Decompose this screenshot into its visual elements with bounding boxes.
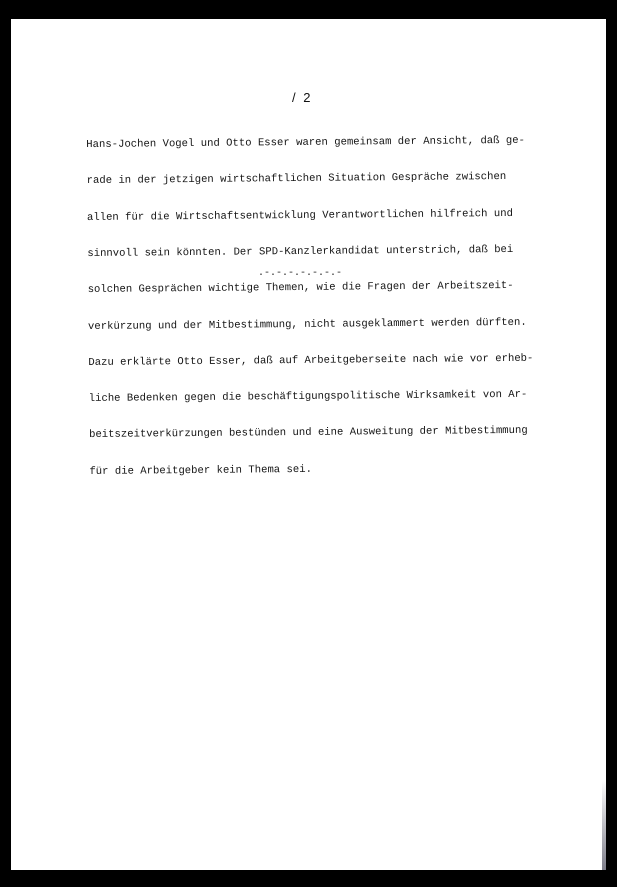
text-line: rade in der jetzigen wirtschaftlichen Si… [87,171,587,188]
text-line: sinnvoll sein könnten. Der SPD-Kanzlerka… [87,243,587,260]
text-line: Dazu erklärte Otto Esser, daß auf Arbeit… [88,352,588,369]
text-line: liche Bedenken gegen die beschäftigungsp… [89,388,589,405]
text-line: solchen Gesprächen wichtige Themen, wie … [88,280,588,297]
page-number: / 2 [292,90,312,105]
text-line: Hans-Jochen Vogel und Otto Esser waren g… [86,134,586,151]
body-paragraph: Hans-Jochen Vogel und Otto Esser waren g… [86,110,590,502]
scan-edge-artifact [602,780,606,870]
text-line: beitszeitverkürzungen bestünden und eine… [89,425,589,442]
text-line: für die Arbeitgeber kein Thema sei. [89,461,589,478]
text-line: allen für die Wirtschaftsentwicklung Ver… [87,207,587,224]
document-page: / 2 Hans-Jochen Vogel und Otto Esser war… [11,19,606,870]
text-line: verkürzung und der Mitbestimmung, nicht … [88,316,588,333]
end-separator: .-.-.-.-.-.-.- [258,268,342,279]
